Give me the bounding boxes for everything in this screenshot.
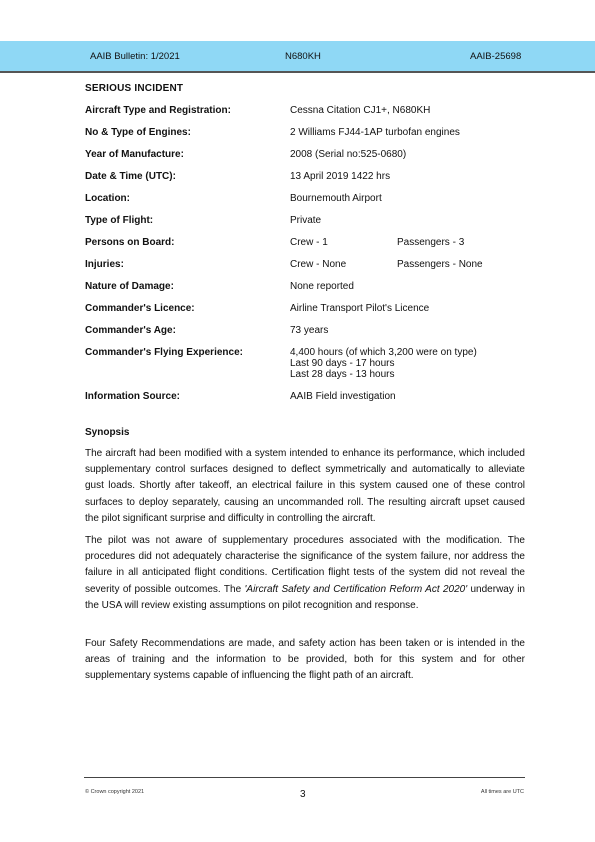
fact-label: No & Type of Engines: — [85, 127, 191, 138]
synopsis-paragraph: The pilot was not aware of supplementary… — [85, 533, 525, 614]
synopsis-paragraph: Four Safety Recommendations are made, an… — [85, 636, 525, 685]
fact-label: Injuries: — [85, 259, 124, 270]
fact-label: Persons on Board: — [85, 237, 174, 248]
synopsis-heading: Synopsis — [85, 427, 129, 438]
fact-row: Date & Time (UTC): 13 April 2019 1422 hr… — [85, 171, 525, 193]
fact-value: 13 April 2019 1422 hrs — [290, 171, 390, 182]
fact-value: None reported — [290, 281, 354, 292]
fact-value-secondary: Passengers - 3 — [397, 237, 464, 248]
fact-value: Cessna Citation CJ1+, N680KH — [290, 105, 430, 116]
fact-label: Location: — [85, 193, 130, 204]
act-title: 'Aircraft Safety and Certification Refor… — [245, 584, 468, 595]
experience-28-days: Last 28 days - 13 hours — [290, 369, 395, 380]
fact-label: Commander's Licence: — [85, 303, 195, 314]
fact-label: Type of Flight: — [85, 215, 153, 226]
synopsis-paragraph: The aircraft had been modified with a sy… — [85, 446, 525, 527]
fact-value: Private — [290, 215, 321, 226]
aircraft-registration: N680KH — [285, 51, 321, 62]
fact-value: Crew - None — [290, 259, 346, 270]
fact-row: Persons on Board: Crew - 1 Passengers - … — [85, 237, 525, 259]
page-number: 3 — [300, 789, 306, 800]
header-band: AAIB Bulletin: 1/2021 N680KH AAIB-25698 — [0, 41, 595, 73]
fact-row: Type of Flight: Private — [85, 215, 525, 237]
facts-table: Aircraft Type and Registration: Cessna C… — [85, 105, 525, 413]
fact-row: Information Source: AAIB Field investiga… — [85, 391, 525, 413]
fact-value-multiline: 4,400 hours (of which 3,200 were on type… — [290, 347, 477, 380]
fact-label: Commander's Age: — [85, 325, 176, 336]
fact-label: Year of Manufacture: — [85, 149, 184, 160]
fact-row: Injuries: Crew - None Passengers - None — [85, 259, 525, 281]
fact-value: AAIB Field investigation — [290, 391, 396, 402]
fact-value: Bournemouth Airport — [290, 193, 382, 204]
fact-row: Location: Bournemouth Airport — [85, 193, 525, 215]
bulletin-number: AAIB Bulletin: 1/2021 — [90, 51, 180, 62]
fact-row: Commander's Licence: Airline Transport P… — [85, 303, 525, 325]
fact-value: 73 years — [290, 325, 328, 336]
section-title: SERIOUS INCIDENT — [85, 83, 183, 94]
times-note: All times are UTC — [481, 789, 524, 795]
fact-value: 2 Williams FJ44-1AP turbofan engines — [290, 127, 460, 138]
footer-divider — [84, 777, 525, 778]
fact-row: Commander's Flying Experience: 4,400 hou… — [85, 347, 525, 391]
fact-value-secondary: Passengers - None — [397, 259, 483, 270]
report-reference: AAIB-25698 — [470, 51, 521, 62]
fact-label: Nature of Damage: — [85, 281, 174, 292]
fact-label: Commander's Flying Experience: — [85, 347, 243, 358]
fact-row: Nature of Damage: None reported — [85, 281, 525, 303]
fact-value: Crew - 1 — [290, 237, 328, 248]
fact-label: Information Source: — [85, 391, 180, 402]
fact-value: Airline Transport Pilot's Licence — [290, 303, 429, 314]
fact-row: Commander's Age: 73 years — [85, 325, 525, 347]
fact-label: Aircraft Type and Registration: — [85, 105, 231, 116]
fact-row: Aircraft Type and Registration: Cessna C… — [85, 105, 525, 127]
fact-row: No & Type of Engines: 2 Williams FJ44-1A… — [85, 127, 525, 149]
experience-90-days: Last 90 days - 17 hours — [290, 358, 395, 369]
fact-value: 2008 (Serial no:525-0680) — [290, 149, 406, 160]
fact-label: Date & Time (UTC): — [85, 171, 176, 182]
experience-total: 4,400 hours (of which 3,200 were on type… — [290, 347, 477, 358]
fact-row: Year of Manufacture: 2008 (Serial no:525… — [85, 149, 525, 171]
copyright-notice: © Crown copyright 2021 — [85, 789, 144, 795]
